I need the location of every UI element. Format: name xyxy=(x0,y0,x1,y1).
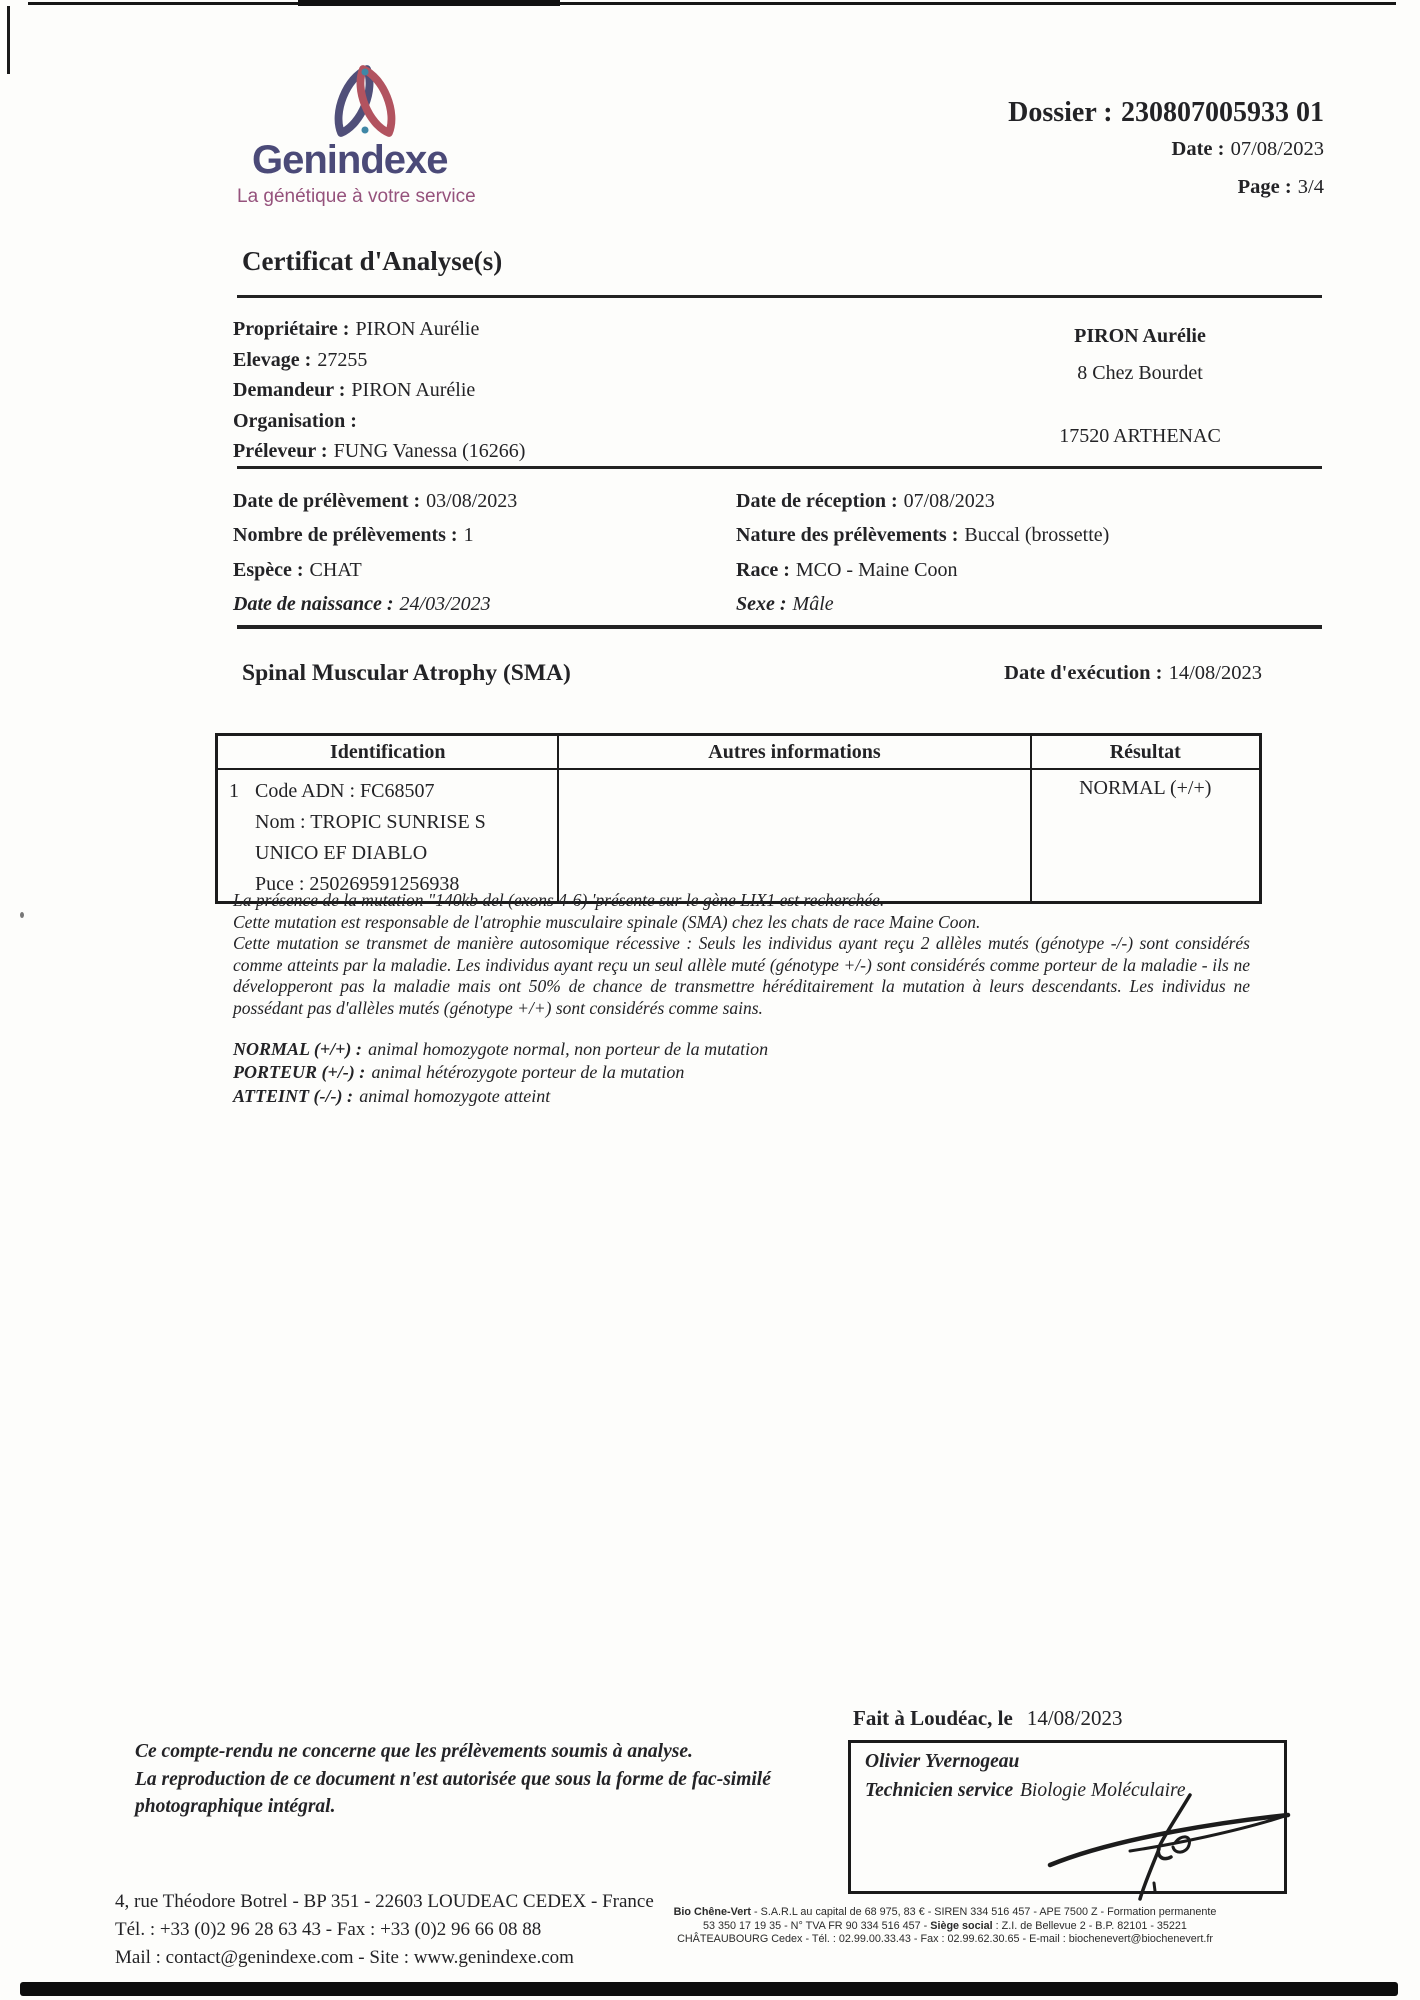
col-autres-informations: Autres informations xyxy=(558,735,1030,770)
logo-wordmark: Genindexe xyxy=(252,138,448,183)
result-cell: NORMAL (+/+) xyxy=(1031,769,1261,903)
sample-row: Date de naissance :24/03/2023 xyxy=(233,587,517,621)
note-line: Cette mutation est responsable de l'atro… xyxy=(233,912,1250,934)
signoff-place-date: Fait à Loudéac, le14/08/2023 xyxy=(853,1706,1123,1731)
legend-item: PORTEUR (+/-) :animal hétérozygote porte… xyxy=(233,1061,768,1084)
analysis-title: Spinal Muscular Atrophy (SMA) xyxy=(242,660,571,687)
genindexe-emblem-icon xyxy=(318,60,412,142)
certificate-document: Genindexe La génétique à votre service D… xyxy=(0,0,1420,2000)
owner-block: Propriétaire :PIRON Aurélie Elevage :272… xyxy=(233,314,525,467)
sample-row: Race :MCO - Maine Coon xyxy=(736,553,1109,587)
divider xyxy=(237,295,1322,298)
disclaimer: Ce compte-rendu ne concerne que les prél… xyxy=(135,1738,771,1821)
header-meta: Dossier :230807005933 01 Date :07/08/202… xyxy=(1008,96,1324,206)
identification-cell: 1 Code ADN : FC68507 Nom : TROPIC SUNRIS… xyxy=(219,771,556,900)
owner-row: Organisation : xyxy=(233,406,525,437)
note-paragraph: Cette mutation se transmet de manière au… xyxy=(233,933,1250,1019)
scan-artifact-top-line xyxy=(28,2,1396,5)
legend-item: NORMAL (+/+) :animal homozygote normal, … xyxy=(233,1038,768,1061)
col-identification: Identification xyxy=(217,735,559,770)
owner-row: Demandeur :PIRON Aurélie xyxy=(233,375,525,406)
owner-row: Préleveur :FUNG Vanessa (16266) xyxy=(233,436,525,467)
recipient-name: PIRON Aurélie xyxy=(1000,318,1280,355)
dossier-number: Dossier :230807005933 01 xyxy=(1008,96,1324,130)
sample-info-right: Date de réception :07/08/2023 Nature des… xyxy=(736,484,1109,621)
logo-tagline: La génétique à votre service xyxy=(237,186,476,208)
scan-artifact-bottom-bar xyxy=(20,1982,1398,1996)
document-date: Date :07/08/2023 xyxy=(1008,130,1324,168)
analysis-notes: La présence de la mutation "140kb del (e… xyxy=(233,890,1250,1020)
row-number: 1 xyxy=(229,776,255,900)
scan-artifact-left-tick xyxy=(7,6,10,74)
legal-line: Bio Chêne-Vert - S.A.R.L au capital de 6… xyxy=(545,1906,1345,1920)
autres-cell xyxy=(558,769,1030,903)
table-header-row: Identification Autres informations Résul… xyxy=(217,735,1261,770)
lab-mail: Mail : contact@genindexe.com - Site : ww… xyxy=(115,1944,654,1972)
signature-box: Olivier Yvernogeau Technicien serviceBio… xyxy=(848,1740,1287,1894)
sample-row: Sexe :Mâle xyxy=(736,587,1109,621)
scan-artifact-top-blob xyxy=(298,0,560,6)
divider xyxy=(237,625,1322,629)
signatory-name: Olivier Yvernogeau xyxy=(865,1751,1284,1773)
owner-row: Elevage :27255 xyxy=(233,345,525,376)
divider xyxy=(237,466,1322,469)
page-number: Page :3/4 xyxy=(1008,168,1324,206)
results-table: Identification Autres informations Résul… xyxy=(215,733,1262,904)
owner-row: Propriétaire :PIRON Aurélie xyxy=(233,314,525,345)
sample-row: Date de prélèvement :03/08/2023 xyxy=(233,484,517,518)
sample-row: Espèce :CHAT xyxy=(233,553,517,587)
execution-date: Date d'exécution :14/08/2023 xyxy=(1004,662,1262,685)
sample-row: Date de réception :07/08/2023 xyxy=(736,484,1109,518)
legal-line: 53 350 17 19 35 - N° TVA FR 90 334 516 4… xyxy=(545,1920,1345,1934)
legal-line: CHÂTEAUBOURG Cedex - Tél. : 02.99.00.33.… xyxy=(545,1933,1345,1947)
recipient-street: 8 Chez Bourdet xyxy=(1000,355,1280,392)
legal-small-print: Bio Chêne-Vert - S.A.R.L au capital de 6… xyxy=(545,1906,1345,1947)
sample-info-left: Date de prélèvement :03/08/2023 Nombre d… xyxy=(233,484,517,621)
sample-row: Nombre de prélèvements :1 xyxy=(233,518,517,552)
scan-artifact-dot xyxy=(20,912,24,918)
page-title: Certificat d'Analyse(s) xyxy=(242,246,502,277)
handwritten-signature xyxy=(1038,1787,1298,1905)
recipient-city: 17520 ARTHENAC xyxy=(1000,418,1280,455)
sample-row: Nature des prélèvements :Buccal (brosset… xyxy=(736,518,1109,552)
genotype-legend: NORMAL (+/+) :animal homozygote normal, … xyxy=(233,1038,768,1108)
legend-item: ATTEINT (-/-) :animal homozygote atteint xyxy=(233,1085,768,1108)
recipient-address: PIRON Aurélie 8 Chez Bourdet 17520 ARTHE… xyxy=(1000,318,1280,455)
note-line: La présence de la mutation "140kb del (e… xyxy=(233,890,1250,912)
identification-lines: Code ADN : FC68507 Nom : TROPIC SUNRISE … xyxy=(255,776,548,900)
table-row: 1 Code ADN : FC68507 Nom : TROPIC SUNRIS… xyxy=(217,769,1261,903)
col-resultat: Résultat xyxy=(1031,735,1261,770)
